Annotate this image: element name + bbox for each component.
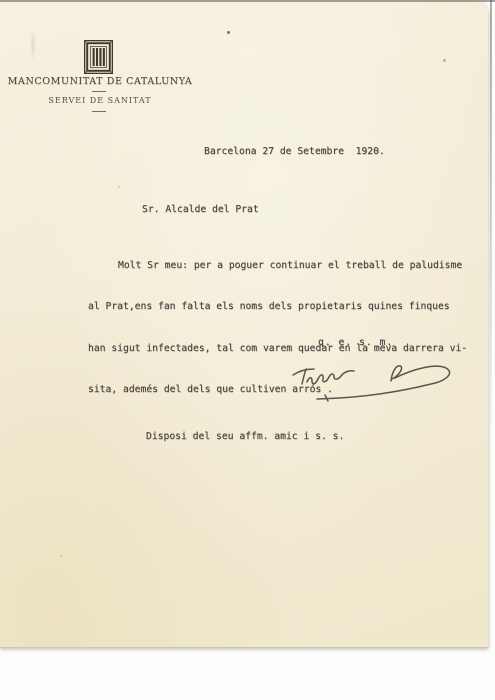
body-line: Molt Sr meu: per a poguer continuar el t…: [88, 256, 468, 275]
department-name: SERVEI DE SANITAT: [0, 96, 200, 105]
organization-name: MANCOMUNITAT DE CATALUNYA: [0, 76, 200, 87]
letter-body: Molt Sr meu: per a poguer continuar el t…: [88, 234, 468, 468]
body-line: al Prat,ens fan falta els noms dels prop…: [88, 297, 468, 316]
paper-sheet: MANCOMUNITAT DE CATALUNYA SERVEI DE SANI…: [0, 0, 488, 648]
letterhead-divider: [92, 91, 106, 92]
dateline: Barcelona 27 de Setembre 1920.: [204, 146, 385, 157]
body-line: Disposi del seu affm. amic i s. s.: [88, 427, 468, 446]
scan-edge: [0, 0, 495, 2]
catalonia-crest-icon: [84, 40, 113, 74]
closing-formula: q. e. s. m.: [318, 337, 393, 348]
paper-speck: [118, 186, 120, 188]
paper-speck: [443, 59, 446, 62]
paper-speck: [60, 555, 62, 557]
scanned-letter-page: MANCOMUNITAT DE CATALUNYA SERVEI DE SANI…: [0, 0, 495, 700]
letterhead-divider: [92, 111, 106, 112]
recipient-line: Sr. Alcalde del Prat: [142, 204, 259, 215]
signature-icon: [283, 352, 458, 407]
paper-speck: [227, 31, 230, 34]
paper-smudge: [30, 28, 36, 62]
scan-edge: [490, 0, 492, 440]
handwritten-signature: [283, 352, 458, 407]
